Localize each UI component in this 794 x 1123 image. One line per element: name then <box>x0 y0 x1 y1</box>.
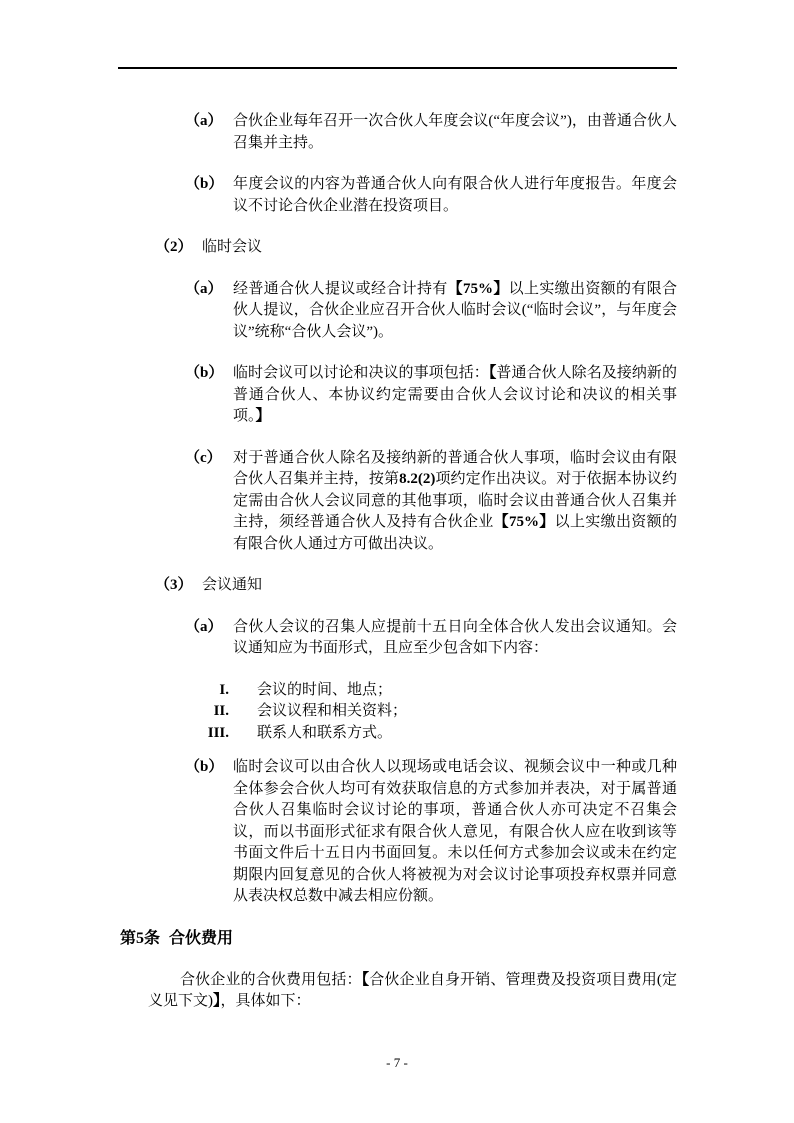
roman-numeral: II. <box>118 701 257 723</box>
text-run: 经普通合伙人提议或经合计持有 <box>233 281 448 297</box>
clause-item: （3）会议通知 <box>155 575 677 597</box>
clause-item: （2）临时会议 <box>155 237 677 259</box>
item-label: （a） <box>185 111 233 154</box>
roman-numeral: I. <box>118 680 257 702</box>
roman-list: I.会议的时间、地点；II.会议议程和相关资料；III.联系人和联系方式。 <box>118 680 677 745</box>
sub-clause-item: （b）年度会议的内容为普通合伙人向有限合伙人进行年度报告。年度会议不讨论合伙企业… <box>185 174 677 217</box>
item-label: （b） <box>185 363 233 428</box>
item-label: （b） <box>185 174 233 217</box>
item-text: 会议通知 <box>202 575 677 597</box>
item-text: 对于普通合伙人除名及接纳新的普通合伙人事项，临时会议由有限合伙人召集并主持，按第… <box>233 448 677 556</box>
item-text: 经普通合伙人提议或经合计持有【75%】以上实缴出资额的有限合伙人提议，合伙企业应… <box>233 279 677 344</box>
text-run: ，具体如下： <box>221 993 311 1009</box>
roman-item-text: 会议议程和相关资料； <box>257 701 677 723</box>
emphasized-text: 【75%】 <box>448 281 509 297</box>
roman-item-text: 联系人和联系方式。 <box>257 723 677 745</box>
text-run: 合伙企业的合伙费用包括： <box>180 972 362 988</box>
text-run: 合伙人会议的召集人应提前十五日向全体合伙人发出会议通知。会议通知应为书面形式，且… <box>233 619 677 657</box>
item-label: （b） <box>185 757 233 908</box>
sub-clause-item: （b）临时会议可以由合伙人以现场或电话会议、视频会议中一种或几种全体参会合伙人均… <box>185 757 677 908</box>
item-text: 年度会议的内容为普通合伙人向有限合伙人进行年度报告。年度会议不讨论合伙企业潜在投… <box>233 174 677 217</box>
section-number: 第5条 <box>120 930 160 947</box>
text-run: 合伙企业每年召开一次合伙人年度会议(“年度会议”)，由普通合伙人召集并主持。 <box>233 113 677 151</box>
item-text: 合伙企业每年召开一次合伙人年度会议(“年度会议”)，由普通合伙人召集并主持。 <box>233 111 677 154</box>
item-text: 临时会议可以由合伙人以现场或电话会议、视频会议中一种或几种全体参会合伙人均可有效… <box>233 757 677 908</box>
header-rule <box>118 67 677 69</box>
section-title: 合伙费用 <box>169 930 233 947</box>
emphasized-text: 8.2(2) <box>399 471 435 487</box>
roman-item: II.会议议程和相关资料； <box>118 701 677 723</box>
item-label: （a） <box>185 617 233 660</box>
paragraph: 合伙企业的合伙费用包括：【合伙企业自身开销、管理费及投资项目费用(定义见下文)】… <box>148 970 677 1013</box>
page-number: - 7 - <box>0 1054 794 1072</box>
text-run: 会议通知 <box>202 577 262 593</box>
roman-item: III.联系人和联系方式。 <box>118 723 677 745</box>
document-page: （a）合伙企业每年召开一次合伙人年度会议(“年度会议”)，由普通合伙人召集并主持… <box>0 0 794 1123</box>
emphasized-text: 【75%】 <box>494 514 555 530</box>
text-run: 临时会议 <box>202 239 262 255</box>
text-run: 临时会议可以讨论和决议的事项包括： <box>233 365 489 381</box>
emphasized-text: 】 <box>213 993 221 1009</box>
emphasized-text: 】 <box>256 408 271 424</box>
item-label: （2） <box>155 237 202 259</box>
document-content: （a）合伙企业每年召开一次合伙人年度会议(“年度会议”)，由普通合伙人召集并主持… <box>118 111 677 1033</box>
text-run: 临时会议可以由合伙人以现场或电话会议、视频会议中一种或几种全体参会合伙人均可有效… <box>233 759 677 904</box>
roman-numeral: III. <box>118 723 257 745</box>
sub-clause-item: （a）合伙企业每年召开一次合伙人年度会议(“年度会议”)，由普通合伙人召集并主持… <box>185 111 677 154</box>
item-label: （c） <box>185 448 233 556</box>
text-run: 年度会议的内容为普通合伙人向有限合伙人进行年度报告。年度会议不讨论合伙企业潜在投… <box>233 176 677 214</box>
sub-clause-item: （c）对于普通合伙人除名及接纳新的普通合伙人事项，临时会议由有限合伙人召集并主持… <box>185 448 677 556</box>
item-text: 合伙人会议的召集人应提前十五日向全体合伙人发出会议通知。会议通知应为书面形式，且… <box>233 617 677 660</box>
roman-item: I.会议的时间、地点； <box>118 680 677 702</box>
section-heading: 第5条合伙费用 <box>120 928 677 950</box>
sub-clause-item: （a）合伙人会议的召集人应提前十五日向全体合伙人发出会议通知。会议通知应为书面形… <box>185 617 677 660</box>
item-text: 临时会议 <box>202 237 677 259</box>
roman-item-text: 会议的时间、地点； <box>257 680 677 702</box>
sub-clause-item: （b）临时会议可以讨论和决议的事项包括：【普通合伙人除名及接纳新的普通合伙人、本… <box>185 363 677 428</box>
sub-clause-item: （a）经普通合伙人提议或经合计持有【75%】以上实缴出资额的有限合伙人提议，合伙… <box>185 279 677 344</box>
item-text: 临时会议可以讨论和决议的事项包括：【普通合伙人除名及接纳新的普通合伙人、本协议约… <box>233 363 677 428</box>
item-label: （a） <box>185 279 233 344</box>
item-label: （3） <box>155 575 202 597</box>
